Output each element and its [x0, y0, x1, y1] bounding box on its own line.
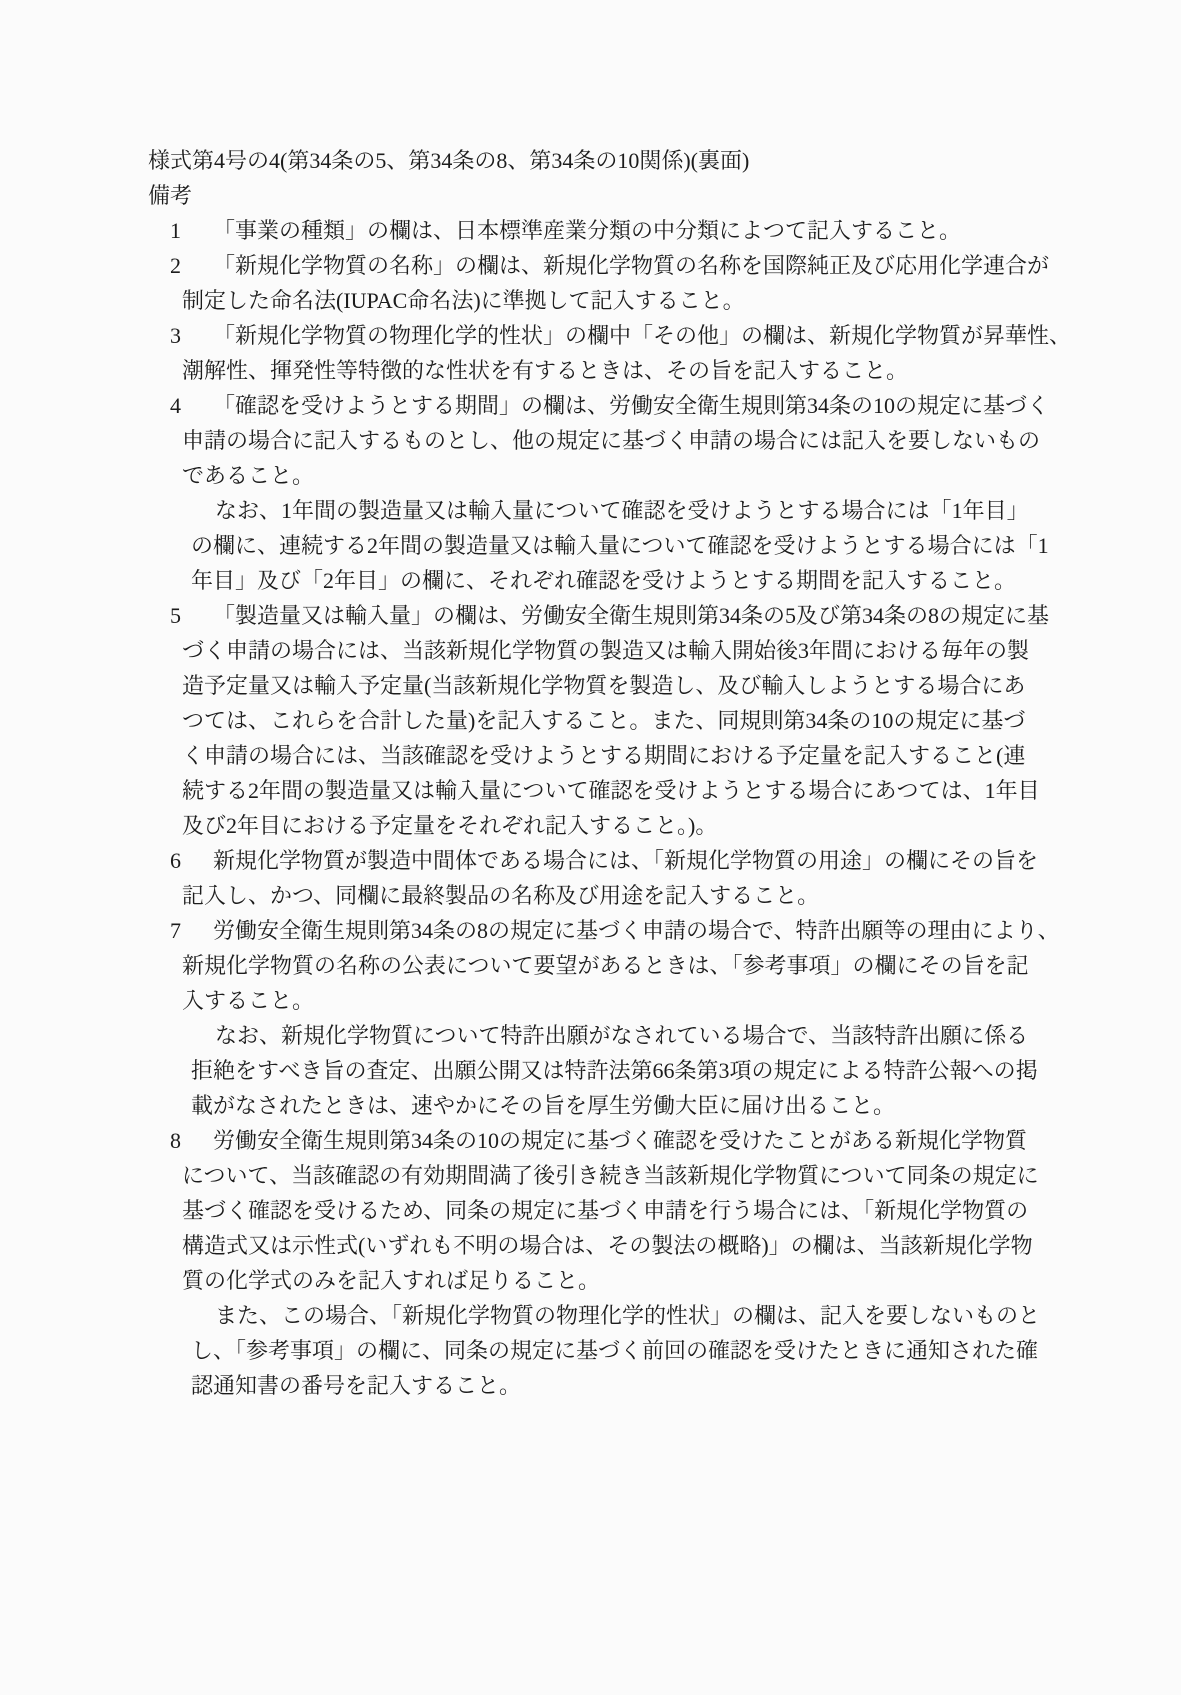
item-number: 4 — [170, 388, 213, 423]
item-number: 7 — [170, 913, 213, 948]
item-line: 制定した命名法(IUPAC命名法)に準拠して記入すること。 — [0, 283, 1181, 318]
item-line: 1「事業の種類」の欄は、日本標準産業分類の中分類によつて記入すること。 — [0, 213, 1181, 248]
document-page: 様式第4号の4(第34条の5、第34条の8、第34条の10関係)(裏面) 備考 … — [0, 0, 1181, 1695]
note-line: し、「参考事項」の欄に、同条の規定に基づく前回の確認を受けたときに通知された確 — [0, 1333, 1181, 1368]
remarks-list: 1「事業の種類」の欄は、日本標準産業分類の中分類によつて記入すること。2「新規化… — [0, 213, 1181, 1403]
item-line: 記入し、かつ、同欄に最終製品の名称及び用途を記入すること。 — [0, 878, 1181, 913]
item-line: 及び2年目における予定量をそれぞれ記入すること。)。 — [0, 808, 1181, 843]
item-line: づく申請の場合には、当該新規化学物質の製造又は輸入開始後3年間における毎年の製 — [0, 633, 1181, 668]
item-line: 申請の場合に記入するものとし、他の規定に基づく申請の場合には記入を要しないもの — [0, 423, 1181, 458]
item-number: 6 — [170, 843, 213, 878]
item-line: 造予定量又は輸入予定量(当該新規化学物質を製造し、及び輸入しようとする場合にあ — [0, 668, 1181, 703]
item-line: 質の化学式のみを記入すれば足りること。 — [0, 1263, 1181, 1298]
note-line: 拒絶をすべき旨の査定、出願公開又は特許法第66条第3項の規定による特許公報への掲 — [0, 1053, 1181, 1088]
item-line: 3「新規化学物質の物理化学的性状」の欄中「その他」の欄は、新規化学物質が昇華性、 — [0, 318, 1181, 353]
item-text: 「確認を受けようとする期間」の欄は、労働安全衛生規則第34条の10の規定に基づく — [213, 393, 1049, 418]
note-line: また、この場合、「新規化学物質の物理化学的性状」の欄は、記入を要しないものと — [0, 1298, 1181, 1333]
note-line: なお、新規化学物質について特許出願がなされている場合で、当該特許出願に係る — [0, 1018, 1181, 1053]
item-line: く申請の場合には、当該確認を受けようとする期間における予定量を記入すること(連 — [0, 738, 1181, 773]
item-line: 4「確認を受けようとする期間」の欄は、労働安全衛生規則第34条の10の規定に基づ… — [0, 388, 1181, 423]
item-line: 構造式又は示性式(いずれも不明の場合は、その製法の概略)」の欄は、当該新規化学物 — [0, 1228, 1181, 1263]
note-line: なお、1年間の製造量又は輸入量について確認を受けようとする場合には「1年目」 — [0, 493, 1181, 528]
item-line: 続する2年間の製造量又は輸入量について確認を受けようとする場合にあつては、1年目 — [0, 773, 1181, 808]
item-line: 新規化学物質の名称の公表について要望があるときは、「参考事項」の欄にその旨を記 — [0, 948, 1181, 983]
item-line: について、当該確認の有効期間満了後引き続き当該新規化学物質について同条の規定に — [0, 1158, 1181, 1193]
note-line: 載がなされたときは、速やかにその旨を厚生労働大臣に届け出ること。 — [0, 1088, 1181, 1123]
form-title: 様式第4号の4(第34条の5、第34条の8、第34条の10関係)(裏面) — [0, 143, 1181, 178]
item-line: つては、これらを合計した量)を記入すること。また、同規則第34条の10の規定に基… — [0, 703, 1181, 738]
remarks-label: 備考 — [0, 178, 1181, 213]
item-line: 入すること。 — [0, 983, 1181, 1018]
item-text: 「新規化学物質の物理化学的性状」の欄中「その他」の欄は、新規化学物質が昇華性、 — [213, 323, 1071, 348]
item-line: 潮解性、揮発性等特徴的な性状を有するときは、その旨を記入すること。 — [0, 353, 1181, 388]
item-text: 労働安全衛生規則第34条の10の規定に基づく確認を受けたことがある新規化学物質 — [213, 1128, 1027, 1153]
item-line: 7労働安全衛生規則第34条の8の規定に基づく申請の場合で、特許出願等の理由により… — [0, 913, 1181, 948]
item-number: 2 — [170, 248, 213, 283]
note-line: の欄に、連続する2年間の製造量又は輸入量について確認を受けようとする場合には「1 — [0, 528, 1181, 563]
document-content: 様式第4号の4(第34条の5、第34条の8、第34条の10関係)(裏面) 備考 … — [0, 143, 1181, 1403]
item-line: であること。 — [0, 458, 1181, 493]
item-line: 6新規化学物質が製造中間体である場合には、「新規化学物質の用途」の欄にその旨を — [0, 843, 1181, 878]
item-line: 5「製造量又は輸入量」の欄は、労働安全衛生規則第34条の5及び第34条の8の規定… — [0, 598, 1181, 633]
note-line: 年目」及び「2年目」の欄に、それぞれ確認を受けようとする期間を記入すること。 — [0, 563, 1181, 598]
item-text: 新規化学物質が製造中間体である場合には、「新規化学物質の用途」の欄にその旨を — [213, 848, 1038, 873]
item-text: 「製造量又は輸入量」の欄は、労働安全衛生規則第34条の5及び第34条の8の規定に… — [213, 603, 1049, 628]
item-number: 8 — [170, 1123, 213, 1158]
item-number: 5 — [170, 598, 213, 633]
item-text: 「新規化学物質の名称」の欄は、新規化学物質の名称を国際純正及び応用化学連合が — [213, 253, 1049, 278]
note-line: 認通知書の番号を記入すること。 — [0, 1368, 1181, 1403]
item-line: 2「新規化学物質の名称」の欄は、新規化学物質の名称を国際純正及び応用化学連合が — [0, 248, 1181, 283]
item-line: 8労働安全衛生規則第34条の10の規定に基づく確認を受けたことがある新規化学物質 — [0, 1123, 1181, 1158]
item-number: 3 — [170, 318, 213, 353]
item-line: 基づく確認を受けるため、同条の規定に基づく申請を行う場合には、「新規化学物質の — [0, 1193, 1181, 1228]
item-text: 「事業の種類」の欄は、日本標準産業分類の中分類によつて記入すること。 — [213, 218, 961, 243]
item-text: 労働安全衛生規則第34条の8の規定に基づく申請の場合で、特許出願等の理由により、 — [213, 918, 1060, 943]
item-number: 1 — [170, 213, 213, 248]
